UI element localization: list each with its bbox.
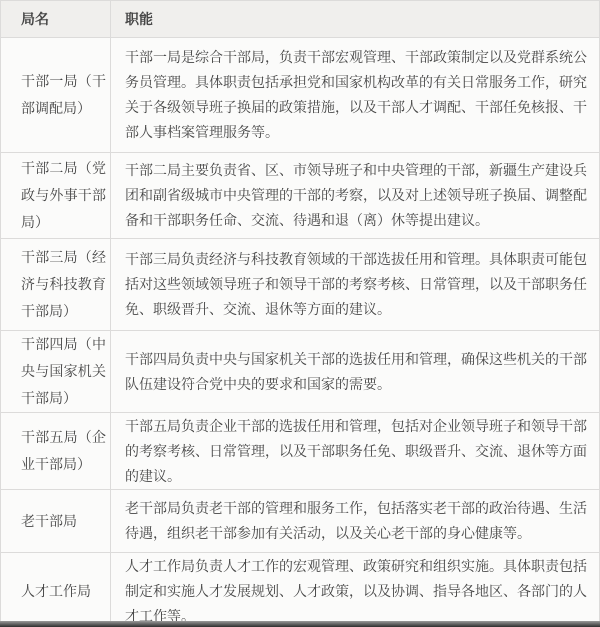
header-row: 局名 职能 <box>1 1 600 38</box>
bureau-name-cell: 干部二局（党政与外事干部局） <box>1 153 111 239</box>
bureau-duty-cell: 干部三局负责经济与科技教育领域的干部选拔任用和管理。具体职责可能包括对这些领域领… <box>111 239 600 331</box>
bureau-duty-cell: 老干部局负责老干部的管理和服务工作，包括落实老干部的政治待遇、生活待遇，组织老干… <box>111 490 600 553</box>
table-row: 人才工作局 人才工作局负责人才工作的宏观管理、政策研究和组织实施。具体职责包括制… <box>1 553 600 627</box>
bureau-duty-cell: 干部二局主要负责省、区、市领导班子和中央管理的干部，新疆生产建设兵团和副省级城市… <box>111 153 600 239</box>
bureau-name-cell: 干部三局（经济与科技教育干部局） <box>1 239 111 331</box>
table-row: 干部三局（经济与科技教育干部局） 干部三局负责经济与科技教育领域的干部选拔任用和… <box>1 239 600 331</box>
bureau-duty-cell: 干部五局负责企业干部的选拔任用和管理，包括对企业领导班子和领导干部的考察考核、日… <box>111 413 600 490</box>
header-cell-bureau-name: 局名 <box>1 1 111 38</box>
bureau-name-cell: 干部一局（干部调配局） <box>1 38 111 153</box>
header-cell-function: 职能 <box>111 1 600 38</box>
bureau-duty-cell: 干部四局负责中央与国家机关干部的选拔任用和管理，确保这些机关的干部队伍建设符合党… <box>111 331 600 413</box>
bottom-edge-shadow <box>0 621 600 627</box>
bureau-functions-table: 局名 职能 干部一局（干部调配局） 干部一局是综合干部局，负责干部宏观管理、干部… <box>0 0 600 627</box>
table-header: 局名 职能 <box>1 1 600 38</box>
table-row: 干部五局（企业干部局） 干部五局负责企业干部的选拔任用和管理，包括对企业领导班子… <box>1 413 600 490</box>
table-row: 老干部局 老干部局负责老干部的管理和服务工作，包括落实老干部的政治待遇、生活待遇… <box>1 490 600 553</box>
bureau-name-cell: 干部五局（企业干部局） <box>1 413 111 490</box>
bureau-duty-cell: 人才工作局负责人才工作的宏观管理、政策研究和组织实施。具体职责包括制定和实施人才… <box>111 553 600 627</box>
bureau-duty-cell: 干部一局是综合干部局，负责干部宏观管理、干部政策制定以及党群系统公务员管理。具体… <box>111 38 600 153</box>
table-row: 干部二局（党政与外事干部局） 干部二局主要负责省、区、市领导班子和中央管理的干部… <box>1 153 600 239</box>
table-row: 干部一局（干部调配局） 干部一局是综合干部局，负责干部宏观管理、干部政策制定以及… <box>1 38 600 153</box>
screenshot-root: { "table": { "headers": { "name": "局名", … <box>0 0 600 627</box>
bureau-name-cell: 干部四局（中央与国家机关干部局） <box>1 331 111 413</box>
table-row: 干部四局（中央与国家机关干部局） 干部四局负责中央与国家机关干部的选拔任用和管理… <box>1 331 600 413</box>
bureau-name-cell: 人才工作局 <box>1 553 111 627</box>
table-body: 干部一局（干部调配局） 干部一局是综合干部局，负责干部宏观管理、干部政策制定以及… <box>1 38 600 627</box>
bureau-name-cell: 老干部局 <box>1 490 111 553</box>
